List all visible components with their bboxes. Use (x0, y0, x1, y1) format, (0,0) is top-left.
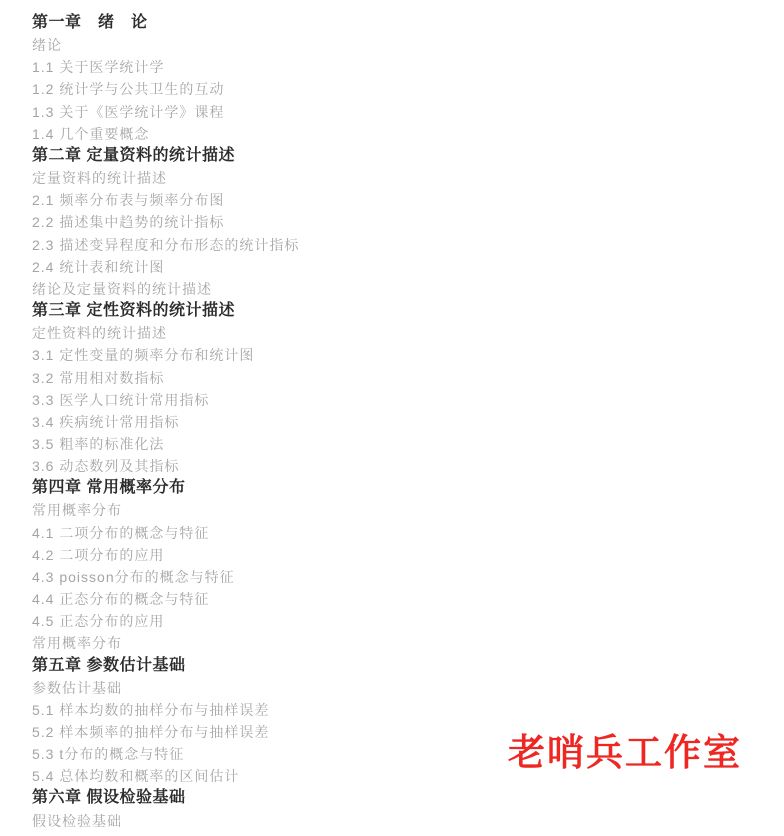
toc-item[interactable]: 绪论 (32, 34, 784, 56)
chapter-title-5: 第五章 参数估计基础 (32, 655, 784, 677)
chapter-title-6: 第六章 假设检验基础 (32, 787, 784, 809)
toc-item[interactable]: 3.3 医学人口统计常用指标 (32, 389, 784, 411)
toc-item[interactable]: 3.1 定性变量的频率分布和统计图 (32, 344, 784, 366)
toc-item[interactable]: 2.2 描述集中趋势的统计指标 (32, 211, 784, 233)
chapter-title-1: 第一章 绪 论 (32, 12, 784, 34)
toc-item[interactable]: 2.3 描述变异程度和分布形态的统计指标 (32, 234, 784, 256)
toc-item[interactable]: 常用概率分布 (32, 499, 784, 521)
toc-item[interactable]: 参数估计基础 (32, 677, 784, 699)
toc-item[interactable]: 3.4 疾病统计常用指标 (32, 411, 784, 433)
toc-item[interactable]: 3.6 动态数列及其指标 (32, 455, 784, 477)
toc-item[interactable]: 1.2 统计学与公共卫生的互动 (32, 78, 784, 100)
toc-item[interactable]: 2.1 频率分布表与频率分布图 (32, 189, 784, 211)
toc-item[interactable]: 4.5 正态分布的应用 (32, 610, 784, 632)
toc-item[interactable]: 5.1 样本均数的抽样分布与抽样误差 (32, 699, 784, 721)
toc-item[interactable]: 1.4 几个重要概念 (32, 123, 784, 145)
toc-item[interactable]: 3.2 常用相对数指标 (32, 367, 784, 389)
toc-item[interactable]: 定性资料的统计描述 (32, 322, 784, 344)
toc-item[interactable]: 3.5 粗率的标准化法 (32, 433, 784, 455)
toc-item[interactable]: 假设检验基础 (32, 810, 784, 832)
toc-item[interactable]: 常用概率分布 (32, 632, 784, 654)
toc-item[interactable]: 4.4 正态分布的概念与特征 (32, 588, 784, 610)
toc-item[interactable]: 5.3 t分布的概念与特征 (32, 743, 784, 765)
toc-item[interactable]: 4.3 poisson分布的概念与特征 (32, 566, 784, 588)
toc-item[interactable]: 1.1 关于医学统计学 (32, 56, 784, 78)
toc-item[interactable]: 4.2 二项分布的应用 (32, 544, 784, 566)
toc-item[interactable]: 5.4 总体均数和概率的区间估计 (32, 765, 784, 787)
toc-page: 第一章 绪 论绪论1.1 关于医学统计学1.2 统计学与公共卫生的互动1.3 关… (0, 0, 784, 832)
toc-list: 第一章 绪 论绪论1.1 关于医学统计学1.2 统计学与公共卫生的互动1.3 关… (0, 0, 784, 832)
chapter-title-4: 第四章 常用概率分布 (32, 477, 784, 499)
chapter-title-2: 第二章 定量资料的统计描述 (32, 145, 784, 167)
toc-item[interactable]: 定量资料的统计描述 (32, 167, 784, 189)
toc-item[interactable]: 5.2 样本频率的抽样分布与抽样误差 (32, 721, 784, 743)
toc-item[interactable]: 2.4 统计表和统计图 (32, 256, 784, 278)
toc-item[interactable]: 绪论及定量资料的统计描述 (32, 278, 784, 300)
toc-item[interactable]: 1.3 关于《医学统计学》课程 (32, 101, 784, 123)
toc-item[interactable]: 4.1 二项分布的概念与特征 (32, 522, 784, 544)
chapter-title-3: 第三章 定性资料的统计描述 (32, 300, 784, 322)
